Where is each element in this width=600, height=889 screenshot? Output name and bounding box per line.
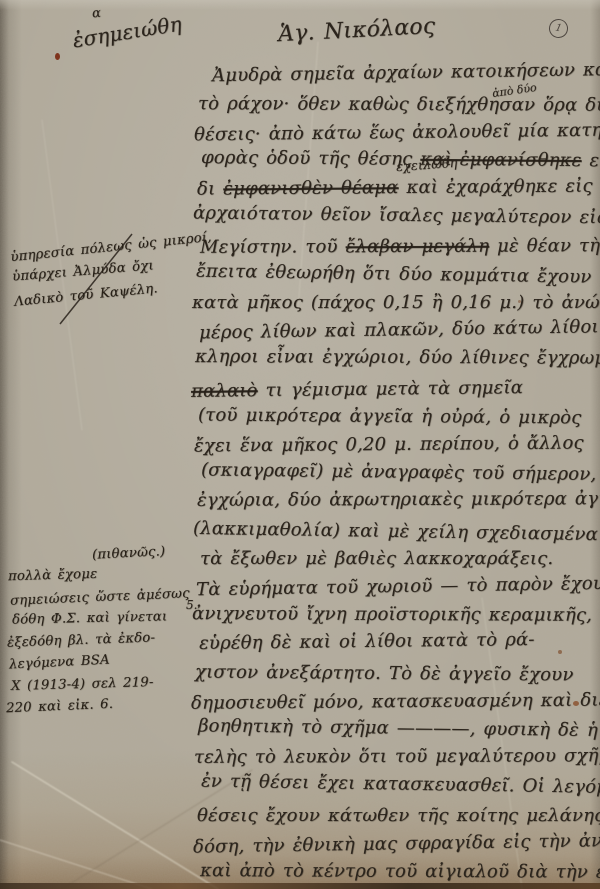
- handwriting-line: εὑρέθη δὲ καὶ οἱ λίθοι κατὰ τὸ ρά-: [199, 629, 535, 654]
- handwriting-segment: βοηθητικὴ τὸ σχῆμα ————, φυσικὴ δὲ ἡ ἀκρ…: [198, 716, 600, 742]
- handwriting-line: Μεγίστην. τοῦ ἔλαβαν μεγάλη μὲ θέαν τὴν: [200, 236, 600, 259]
- handwriting-segment: Τὰ εὑρήματα τοῦ χωριοῦ — τὸ παρὸν ἔχουν: [196, 573, 600, 600]
- handwriting-segment: δημοσιευθεῖ μόνο, κατασκευασμένη καὶ διε…: [191, 689, 600, 714]
- rust-stain: [518, 300, 521, 303]
- handwriting-line: ἐγχώρια, δύο ἀκρωτηριακὲς μικρότερα ἀγγε…: [197, 488, 600, 511]
- handwriting-segment: ἐν τῇ θέσει ἔχει κατασκευασθεῖ. Οἱ λεγόμ…: [201, 770, 600, 798]
- interlinear-insert: 5.: [186, 598, 197, 612]
- page-number-badge: 1: [547, 17, 570, 40]
- page-title: Ἁγ. Νικόλαος: [277, 14, 435, 47]
- handwriting-segment: καὶ ἀπὸ τὸ κέντρο τοῦ αἰγιαλοῦ διὰ τὴν ε…: [200, 860, 600, 883]
- margin-note-line: (πιθανῶς.): [92, 544, 166, 563]
- handwriting-segment: (τοῦ μικρότερα ἀγγεῖα ἡ οὐρά, ὁ μικρὸς: [198, 405, 582, 429]
- strikethrough-text: παλαιὸ: [191, 380, 258, 402]
- handwriting-segment: ἀρχαιότατον θεῖον ἴσαλες μεγαλύτερον εἰς…: [193, 202, 600, 228]
- top-left-annotation: ἐσημειώθη: [71, 12, 183, 53]
- handwriting-segment: τι γέμισμα μετὰ τὰ σημεῖα: [258, 377, 524, 401]
- margin-note-line: ἐξεδόθη βλ. τὰ ἐκδο-: [7, 631, 156, 651]
- handwriting-line: ἔχει ἕνα μῆκος 0,20 μ. περίπου, ὁ ἄλλος: [194, 432, 584, 456]
- manuscript-page: 1 α ἐσημειώθη Ἁγ. Νικόλαος Ἀμυδρὰ σημεῖα…: [0, 0, 600, 889]
- handwriting-line: χιστον ἀνεξάρτητο. Τὸ δὲ ἀγγεῖο ἔχουν: [195, 662, 574, 686]
- margin-note-line: Λαδικὸ τοῦ Καψέλη.: [14, 281, 159, 309]
- handwriting-segment: ἔπειτα ἐθεωρήθη ὅτι δύο κομμάτια ἔχουν μ…: [196, 260, 600, 288]
- handwriting-line: τὸ ράχον· ὅθεν καθὼς διεξήχθησαν ὅρᾳ δύο: [198, 93, 600, 116]
- handwriting-segment: κατὰ μῆκος (πάχος 0,15 ἢ 0,16 μ.) τὸ ἀνώ…: [192, 292, 600, 313]
- handwriting-segment: μέρος λίθων καὶ πλακῶν, δύο κάτω λίθοι ὁ…: [199, 316, 600, 344]
- handwriting-segment: τελὴς τὸ λευκὸν ὅτι τοῦ μεγαλύτερου σχῆμ…: [194, 745, 600, 768]
- rust-stain: [573, 701, 579, 706]
- handwriting-line: τελὴς τὸ λευκὸν ὅτι τοῦ μεγαλύτερου σχῆμ…: [194, 745, 600, 768]
- handwriting-segment: φορὰς ὁδοῦ τῆς θέσης: [201, 147, 420, 170]
- handwriting-line: τὰ ἔξωθεν μὲ βαθιὲς λακκοχαράξεις.: [200, 548, 553, 569]
- handwriting-line: βοηθητικὴ τὸ σχῆμα ————, φυσικὴ δὲ ἡ ἀκρ…: [198, 716, 600, 742]
- handwriting-segment: μὲ θέαν τὴν: [489, 236, 600, 257]
- handwriting-segment: ἀνιχνευτοῦ ἴχνη προϊστορικῆς κεραμικῆς,: [192, 603, 592, 626]
- handwriting-segment: εὑρέθη δὲ καὶ οἱ λίθοι κατὰ τὸ ρά-: [199, 629, 535, 654]
- handwriting-line: δι ἐμφανισθὲν θέαμα καὶ ἐχαράχθηκε εἰς τ…: [197, 175, 600, 199]
- handwriting-line: κληροι εἶναι ἐγχώριοι, δύο λίθινες ἔγχρω…: [195, 346, 600, 369]
- margin-note-line: σημειώσεις ὥστε ἀμέσως: [10, 586, 190, 609]
- margin-note-line: 220 καὶ εἰκ. 6.: [6, 696, 114, 715]
- margin-note-line: πολλὰ ἔχομε: [8, 567, 98, 584]
- handwriting-segment: (λακκιμαθολία) καὶ μὲ χείλη σχεδιασμένα: [193, 518, 598, 545]
- handwriting-segment: θέσεις ἔχουν κάτωθεν τῆς κοίτης μελάνης: [197, 805, 600, 826]
- handwriting-line: ἀνιχνευτοῦ ἴχνη προϊστορικῆς κεραμικῆς,: [192, 603, 592, 626]
- handwriting-segment: ἐγχώρια, δύο ἀκρωτηριακὲς μικρότερα ἀγγε…: [197, 488, 600, 511]
- rust-stain: [558, 650, 562, 654]
- handwriting-line: (τοῦ μικρότερα ἀγγεῖα ἡ οὐρά, ὁ μικρὸς: [198, 405, 582, 429]
- handwriting-segment: (σκιαγραφεῖ) μὲ ἀναγραφὲς τοῦ σήμερον, θ…: [201, 459, 600, 485]
- handwriting-line: θέσεις ἔχουν κάτωθεν τῆς κοίτης μελάνης: [197, 805, 600, 826]
- handwriting-line: Ἀμυδρὰ σημεῖα ἀρχαίων κατοικήσεων κατὰ: [212, 59, 600, 86]
- annotation-mark: α: [91, 6, 101, 22]
- interlinear-insert: ἐχειλώθη: [396, 156, 458, 175]
- handwriting-segment: ἔχει ἕνα μῆκος 0,20 μ. περίπου, ὁ ἄλλος: [194, 432, 584, 456]
- handwriting-segment: δι: [197, 178, 223, 199]
- handwriting-segment: κληροι εἶναι ἐγχώριοι, δύο λίθινες ἔγχρω…: [195, 346, 600, 369]
- handwriting-line: (λακκιμαθολία) καὶ μὲ χείλη σχεδιασμένα: [193, 518, 598, 545]
- handwriting-segment: χιστον ἀνεξάρτητο. Τὸ δὲ ἀγγεῖο ἔχουν: [195, 662, 574, 686]
- handwriting-line: ἔπειτα ἐθεωρήθη ὅτι δύο κομμάτια ἔχουν μ…: [196, 260, 600, 288]
- handwriting-line: ἐν τῇ θέσει ἔχει κατασκευασθεῖ. Οἱ λεγόμ…: [201, 770, 600, 798]
- handwriting-segment: Μεγίστην. τοῦ: [200, 237, 346, 259]
- handwriting-segment: εἰς τὸ ἀκο-: [581, 150, 600, 172]
- handwriting-segment: καὶ ἐχαράχθηκε εἰς τὸ: [398, 175, 600, 198]
- handwriting-line: κατὰ μῆκος (πάχος 0,15 ἢ 0,16 μ.) τὸ ἀνώ…: [192, 292, 600, 313]
- handwriting-line: παλαιὸ τι γέμισμα μετὰ τὰ σημεῖα: [191, 377, 523, 402]
- handwriting-line: θέσεις· ἀπὸ κάτω ἕως ἀκολουθεῖ μία κατη-: [194, 119, 600, 145]
- handwriting-segment: Ἀμυδρὰ σημεῖα ἀρχαίων κατοικήσεων κατὰ: [212, 59, 600, 86]
- strikethrough-text: ἔλαβαν μεγάλη: [346, 236, 490, 258]
- handwriting-line: Τὰ εὑρήματα τοῦ χωριοῦ — τὸ παρὸν ἔχουν: [196, 573, 600, 600]
- margin-note-line: ὑπηρεσία πόλεως ὡς μικροί,: [10, 230, 213, 265]
- handwriting-line: (σκιαγραφεῖ) μὲ ἀναγραφὲς τοῦ σήμερον, θ…: [201, 459, 600, 485]
- handwriting-line: δημοσιευθεῖ μόνο, κατασκευασμένη καὶ διε…: [191, 689, 600, 714]
- ink-stain: [55, 53, 60, 60]
- margin-note-line: δόθη Φ.Σ. καὶ γίνεται: [12, 610, 168, 628]
- handwriting-segment: τὰ ἔξωθεν μὲ βαθιὲς λακκοχαράξεις.: [200, 548, 553, 569]
- page-bottom-edge: [0, 883, 600, 889]
- handwriting-line: δόση, τὴν ἐθνικὴ μας σφραγίδα εἰς τὴν ἀν…: [193, 829, 600, 857]
- handwriting-line: ἀρχαιότατον θεῖον ἴσαλες μεγαλύτερον εἰς…: [193, 202, 600, 228]
- handwriting-segment: δόση, τὴν ἐθνικὴ μας σφραγίδα εἰς τὴν ἀν…: [193, 829, 600, 857]
- handwriting-line: καὶ ἀπὸ τὸ κέντρο τοῦ αἰγιαλοῦ διὰ τὴν ε…: [200, 860, 600, 883]
- handwriting-segment: θέσεις· ἀπὸ κάτω ἕως ἀκολουθεῖ μία κατη-: [194, 119, 600, 145]
- strikethrough-text: ἐμφανισθὲν θέαμα: [223, 177, 398, 199]
- margin-note-line: λεγόμενα BSA: [9, 653, 110, 673]
- handwriting-segment: τὸ ράχον· ὅθεν καθὼς διεξήχθησαν ὅρᾳ δύο: [198, 93, 600, 116]
- handwriting-line: μέρος λίθων καὶ πλακῶν, δύο κάτω λίθοι ὁ…: [199, 316, 600, 344]
- margin-note-line: X (1913-4) σελ 219-: [11, 675, 154, 694]
